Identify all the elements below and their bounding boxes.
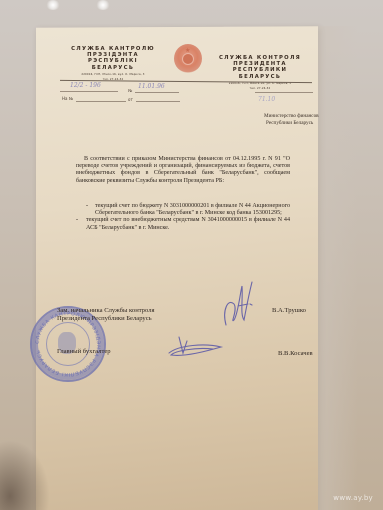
bullet-text: текущий счет по внебюджетным средствам N…: [85, 217, 290, 231]
signatory-1-title: Зам. начальника Службы контроля Президен…: [57, 307, 155, 323]
bank-details-list: - текущий счет по бюджету N 303100000020…: [86, 203, 290, 232]
globe-icon: [182, 53, 194, 65]
number-label: №: [128, 88, 132, 93]
ceiling-light-reflection: [96, 0, 110, 10]
from-field-line: [136, 101, 180, 102]
body-paragraph: В соответствии с приказом Министерства ф…: [76, 156, 290, 185]
ceiling-light-reflection: [46, 0, 60, 10]
recipient-line1: Министерство финансов: [264, 113, 344, 120]
recipient-line2: Республики Беларусь: [264, 120, 344, 127]
bullet-dash: -: [86, 203, 95, 217]
letterhead-left-address: 220016, ГСП, Мінск-16, вул. К. Маркса, 3: [63, 73, 163, 76]
signatory-1-name: В.А.Трушко: [272, 307, 306, 315]
number-handwritten: 11.01.96: [138, 83, 165, 90]
date-handwritten: 12/2 - 196: [70, 82, 101, 89]
letterhead-right-phone: тел. 27-24-32: [210, 87, 310, 90]
registration-handwritten: 71.10: [258, 96, 275, 103]
on-number-label: На №: [62, 96, 73, 101]
list-item: - текущий счет по внебюджетным средствам…: [76, 217, 290, 231]
letterhead-right-line2: ПРЕЗИДЕНТА РЕСПУБЛИКИ: [210, 61, 310, 73]
letterhead-left-line2: ПРЭЗІДЭНТА РЭСПУБЛІКІ: [63, 52, 163, 64]
recipient-block: Министерство финансов Республики Беларус…: [264, 113, 344, 127]
registration-line: [255, 92, 313, 93]
coat-of-arms-icon: ★: [174, 44, 202, 73]
signatory-1-title-line1: Зам. начальника Службы контроля: [57, 307, 155, 315]
signature-1-icon: [218, 280, 258, 330]
hand-shadow: [0, 440, 50, 510]
watermark: www.ay.by: [333, 494, 373, 502]
bullet-text: текущий счет по бюджету N 3031000000201 …: [95, 203, 290, 217]
signatory-1-title-line2: Президента Республики Беларусь: [57, 315, 155, 323]
signature-2-icon: [165, 333, 225, 361]
bullet-dash: -: [76, 217, 85, 231]
signatory-2-title: Главный бухгалтер: [57, 348, 111, 356]
number-field-line: [135, 92, 179, 93]
date-field-line: [60, 91, 118, 92]
signatory-2-title-line1: Главный бухгалтер: [57, 348, 111, 356]
signatory-2-name: В.В.Косачев: [278, 350, 313, 358]
from-label: от: [128, 97, 133, 102]
letterhead-left-line3: БЕЛАРУСЬ: [63, 65, 163, 71]
letterhead-left: СЛУЖБА КАНТРОЛЮ ПРЭЗІДЭНТА РЭСПУБЛІКІ БЕ…: [63, 46, 163, 81]
list-item: - текущий счет по бюджету N 303100000020…: [86, 203, 290, 217]
on-number-field-line: [76, 101, 126, 102]
document-sheet: [36, 26, 318, 510]
letterhead-right-line3: БЕЛАРУСЬ: [210, 74, 310, 80]
letterhead-right: СЛУЖБА КОНТРОЛЯ ПРЕЗИДЕНТА РЕСПУБЛИКИ БЕ…: [210, 55, 310, 90]
